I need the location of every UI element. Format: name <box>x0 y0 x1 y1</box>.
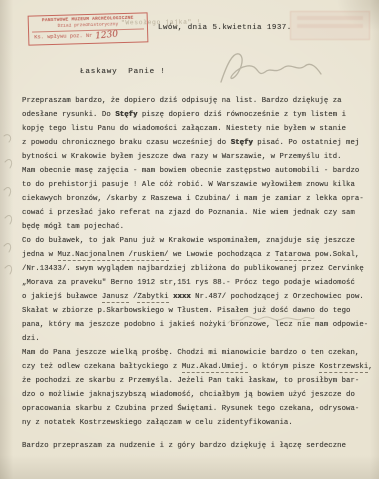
letter-line: dzo o możliwie jaknajszybszą wiadomość, … <box>22 388 370 402</box>
letter-line: Mam do Pana jeszcze wielką prośbę. Chodz… <box>22 346 370 360</box>
letter-line: jedna w Muz.Nacjonalnem /ruskiem/ we Lwo… <box>22 248 370 262</box>
letter-line-segment: dzo o możliwie jaknajszybszą wiadomość, … <box>22 391 355 399</box>
letter-line: Co do buławek, to jak Panu już w Krakowi… <box>22 234 370 248</box>
letter-line: że pochodzi ze skarbu z Przemyśla. Jeżel… <box>22 374 370 388</box>
letter-line-segment: będę mógł tam pojechać. <box>22 223 124 231</box>
letter-line-segment: bytności w Krakowie byłem jeszcze dwa ra… <box>22 153 342 161</box>
registry-stamp: PAŃSTWOWE MUZEUM ARCHEOLOGICZNE Dział pr… <box>28 12 149 45</box>
letter-line: będę mógł tam pojechać. <box>22 220 370 234</box>
letter-line-segment: piszę dopiero dziś równocześnie z tym li… <box>137 111 346 119</box>
letter-line: /Nr.13433/. swym wyglądem najbardziej zb… <box>22 262 370 276</box>
letter-line: „Morava za praveku" Berno 1912 str,151 r… <box>22 276 370 290</box>
letter-line: bytności w Krakowie byłem jeszcze dwa ra… <box>22 150 370 164</box>
letter-line-segment: ciekawych bronzów, /skarby z Raszewa i C… <box>22 195 364 203</box>
letter-line-segment: „Morava za praveku" Berno 1912 str,151 r… <box>22 279 355 287</box>
letter-line: to do prehistorji pasuje ! Ale cóż robić… <box>22 178 370 192</box>
letter-line-segment: Janusz <box>102 293 129 303</box>
stamp-entry-line: Ks. wpływu poz. Nr 1230 <box>32 29 144 42</box>
letter-line-segment: Zabytki <box>137 293 168 303</box>
letter-line-segment: Nr.487/ pochodzącej z Orzechowiec pow. <box>191 293 364 301</box>
letter-line-segment: że pochodzi ze skarbu z Przemyśla. Jeżel… <box>22 377 359 385</box>
letter-line: kopję tego listu Panu do wiadomości załą… <box>22 122 370 136</box>
interline-pencil-mark <box>224 312 316 328</box>
letter-line: opracowania skarbu z Czubina przed Święt… <box>22 402 370 416</box>
letter-line-segment: Tatarowa <box>275 251 311 261</box>
letter-line: ny z notatek Kostrzewskiego załączam w c… <box>22 416 370 430</box>
letter-line-segment: dzi. <box>22 335 40 343</box>
stamp-entry-label: Ks. wpływu poz. Nr <box>34 33 96 41</box>
letter-line-segment: o jakiejś buławce <box>22 293 102 301</box>
letter-line-segment: Muz.Akad.Umiej. <box>182 363 249 373</box>
letter-line-segment: pisać. Po ostatniej mej <box>253 139 360 147</box>
dateline: Lwów, dnia 5.kwietnia 1937. <box>158 24 292 32</box>
letter-line-segment: pana, który ma jeszcze podobno i jakieś … <box>22 321 368 329</box>
letter-line: odesłane rysunki. Do Stęfy piszę dopiero… <box>22 108 370 122</box>
letter-line-segment: Stęfy <box>115 111 137 119</box>
letter-line-segment: opracowania skarbu z Czubina przed Święt… <box>22 405 359 413</box>
letter-line: z powodu chronicznego braku czasu wcześn… <box>22 136 370 150</box>
letter-line-segment: we Lwowie pochodząca z <box>169 251 276 259</box>
letter-line: ciekawych bronzów, /skarby z Raszewa i C… <box>22 192 370 206</box>
letter-line: pana, który ma jeszcze podobno i jakieś … <box>22 318 370 332</box>
letter-line-segment: cować i przesłać jako referat na zjazd d… <box>22 209 355 217</box>
letter-line-segment: jedna w <box>22 251 58 259</box>
letter-line-segment: xxxx <box>173 293 191 301</box>
letter-line-segment: pow.Sokal, <box>311 251 360 259</box>
letter-line-segment: Kostrzewski <box>319 363 368 373</box>
letter-line: o jakiejś buławce Janusz /Zabytki xxxx N… <box>22 290 370 304</box>
pencil-signature-scribble <box>213 44 325 96</box>
stamp-entry-number-handwritten: 1230 <box>95 30 119 41</box>
letter-line-segment: odesłane rysunki. Do <box>22 111 115 119</box>
letter-line-segment: Co do buławek, to jak Panu już w Krakowi… <box>22 237 355 245</box>
faded-stamp <box>290 11 370 40</box>
letter-line-segment: to do prehistorji pasuje ! Ale cóż robić… <box>22 181 355 189</box>
letter-line-segment: Mam obecnie masę zajęcia - mam bowiem ob… <box>22 167 359 175</box>
letter-line-segment: Przepraszam bardzo, że dopiero dziś odpi… <box>22 97 342 105</box>
letter-line-segment: Bardzo przepraszam za nudzenie i z góry … <box>22 442 346 450</box>
letter-line: czy też odlew czekana bałtyckiego z Muz.… <box>22 360 370 374</box>
letter-line: dzi. <box>22 332 370 346</box>
letter-line-segment: , <box>368 363 372 371</box>
salutation: Łaskawy Panie ! <box>80 68 166 76</box>
letter-line-segment: z powodu chronicznego braku czasu wcześn… <box>22 139 231 147</box>
letter-line: Skałat w zbiorze p.Skarbowskiego w Tłust… <box>22 304 370 318</box>
letter-line-segment: Muz.Nacjonalnem /ruskiem/ <box>58 251 169 261</box>
letter-line-segment: czy też odlew czekana bałtyckiego z <box>22 363 182 371</box>
letter-line: Przepraszam bardzo, że dopiero dziś odpi… <box>22 94 370 108</box>
letter-line: cować i przesłać jako referat na zjazd d… <box>22 206 370 220</box>
letter-line-segment: Mam do Pana jeszcze wielką prośbę. Chodz… <box>22 349 359 357</box>
letter-line-segment: /Nr.13433/. swym wyglądem najbardziej zb… <box>22 265 364 273</box>
letter-line-segment: o którym pisze <box>248 363 319 371</box>
letter-line: Bardzo przepraszam za nudzenie i z góry … <box>22 439 370 453</box>
margin-pencil-marks <box>0 128 20 278</box>
letter-line: Mam obecnie masę zajęcia - mam bowiem ob… <box>22 164 370 178</box>
letter-line-segment: ny z notatek Kostrzewskiego załączam w c… <box>22 419 293 427</box>
letter-body: Przepraszam bardzo, że dopiero dziś odpi… <box>22 94 370 453</box>
letter-line-segment: kopję tego listu Panu do wiadomości załą… <box>22 125 346 133</box>
letter-page: PAŃSTWOWE MUZEUM ARCHEOLOGICZNE Dział pr… <box>0 0 379 479</box>
letter-line-segment: Stęfy <box>231 139 253 147</box>
